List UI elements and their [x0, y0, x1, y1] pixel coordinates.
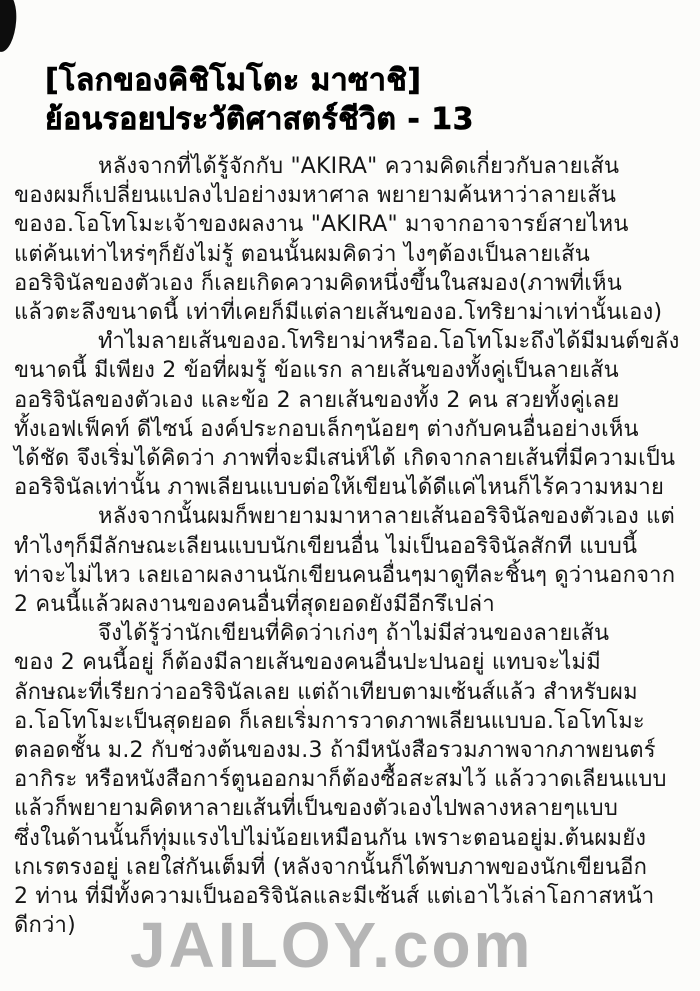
text-line: ของ 2 คนนี้อยู่ ก็ต้องมีลายเส้นของคนอื่น… [14, 648, 690, 677]
text-line: ดีกว่า) [14, 911, 690, 940]
text-line: หลังจากที่ได้รู้จักกับ "AKIRA" ความคิดเก… [14, 152, 690, 181]
text-line: แล้วตะลึงขนาดนี้ เท่าที่เคยก็มีแต่ลายเส้… [14, 298, 690, 327]
text-line: ขนาดนี้ มีเพียง 2 ข้อที่ผมรู้ ข้อแรก ลาย… [14, 356, 690, 385]
text-line: ท่าจะไม่ไหว เลยเอาผลงานนักเขียนคนอื่นๆมา… [14, 561, 690, 590]
text-line: ของอ.โอโทโมะเจ้าของผลงาน "AKIRA" มาจากอา… [14, 210, 690, 239]
text-line: เกเรตรงอยู่ เลยใส่กันเต็มที่ (หลังจากนั้… [14, 853, 690, 882]
series-title: [โลกของคิชิโมโตะ มาซาชิ] [45, 62, 685, 100]
text-line: 2 ท่าน ที่มีทั้งความเป็นออริจินัลและมีเซ… [14, 882, 690, 911]
text-line: ของผมก็เปลี่ยนแปลงไปอย่างมหาศาล พยายามค้… [14, 181, 690, 210]
article-body: หลังจากที่ได้รู้จักกับ "AKIRA" ความคิดเก… [14, 152, 690, 940]
text-line: อากิระ หรือหนังสือการ์ตูนออกมาก็ต้องซื้อ… [14, 765, 690, 794]
scan-artifact-corner-mark [0, 0, 18, 53]
text-line: ทั้งเอฟเฟ็คท์ ดีไซน์ องค์ประกอบเล็กๆน้อย… [14, 415, 690, 444]
text-line: ทำไงๆก็มีลักษณะเลียนแบบนักเขียนอื่น ไม่เ… [14, 532, 690, 561]
text-line: ออริจินัลเท่านั้น ภาพเลียนแบบต่อให้เขียน… [14, 473, 690, 502]
text-line: จึงได้รู้ว่านักเขียนที่คิดว่าเก่งๆ ถ้าไม… [14, 619, 690, 648]
text-line: ลักษณะที่เรียกว่าออริจินัลเลย แต่ถ้าเทีย… [14, 678, 690, 707]
text-line: หลังจากนั้นผมก็พยายามมาหาลายเส้นออริจินั… [14, 502, 690, 531]
scanned-page: [โลกของคิชิโมโตะ มาซาชิ] ย้อนรอยประวัติศ… [0, 0, 700, 991]
text-line: แต่ค้นเท่าไหร่ๆก็ยังไม่รู้ ตอนนั้นผมคิดว… [14, 240, 690, 269]
text-line: แล้วก็พยายามคิดหาลายเส้นที่เป็นของตัวเอง… [14, 794, 690, 823]
article-title: ย้อนรอยประวัติศาสตร์ชีวิต - 13 [45, 100, 685, 140]
text-line: ออริจินัลของตัวเอง และข้อ 2 ลายเส้นของทั… [14, 386, 690, 415]
text-line: 2 คนนี้แล้วผลงานของคนอื่นที่สุดยอดยังมีอ… [14, 590, 690, 619]
text-line: ทำไมลายเส้นของอ.โทริยาม่าหรืออ.โอโทโมะถึ… [14, 327, 690, 356]
text-line: อ.โอโทโมะเป็นสุดยอด ก็เลยเริ่มการวาดภาพเ… [14, 707, 690, 736]
text-line: ซึ่งในด้านนั้นก็ทุ่มแรงไปไม่น้อยเหมือนกั… [14, 824, 690, 853]
text-line: ตลอดชั้น ม.2 กับช่วงต้นของม.3 ถ้ามีหนังส… [14, 736, 690, 765]
text-line: ออริจินัลของตัวเอง ก็เลยเกิดความคิดหนึ่ง… [14, 269, 690, 298]
text-line: ได้ชัด จึงเริ่มได้คิดว่า ภาพที่จะมีเสน่ห… [14, 444, 690, 473]
article-header: [โลกของคิชิโมโตะ มาซาชิ] ย้อนรอยประวัติศ… [45, 62, 685, 140]
